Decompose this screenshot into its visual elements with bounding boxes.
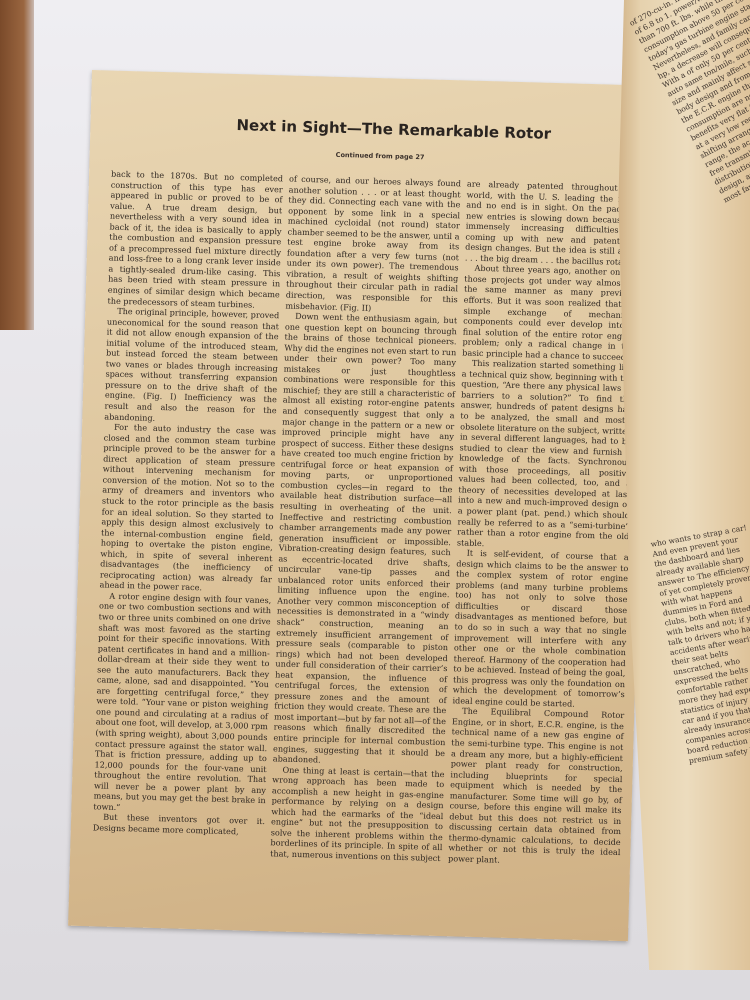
- paragraph: of course, and our heroes always found a…: [285, 174, 461, 316]
- article-column-2: of course, and our heroes always found a…: [270, 174, 461, 864]
- paragraph: are already patented throughout the worl…: [465, 179, 639, 268]
- paragraph: back to the 1870s. But no completed cons…: [107, 169, 283, 311]
- paragraph: One thing at least is certain—that the w…: [270, 764, 445, 864]
- magazine-page: Next in Sight—The Remarkable Rotor Conti…: [68, 70, 652, 941]
- paragraph: The Equilibral Compound Rotor Engine, or…: [448, 706, 624, 869]
- article-title: Next in Sight—The Remarkable Rotor: [236, 116, 551, 143]
- article-column-3: are already patented throughout the worl…: [448, 179, 639, 869]
- paragraph: But these inventors got over it. Designs…: [93, 812, 266, 838]
- paragraph: About three years ago, another one of th…: [462, 263, 637, 363]
- paragraph: This realization started something like …: [457, 358, 634, 553]
- wooden-table-edge: [0, 0, 34, 330]
- paragraph: A rotor engine design with four vanes, o…: [93, 590, 271, 816]
- continued-from-note: Continued from page 27: [336, 151, 425, 161]
- paragraph: The original principle, however, proved …: [104, 306, 279, 427]
- paragraph: For the auto industry the case was close…: [99, 422, 276, 595]
- paragraph: Down went the enthusiasm again, but one …: [273, 311, 458, 769]
- article-column-1: back to the 1870s. But no completed cons…: [93, 169, 283, 838]
- paragraph: It is self-evident, of course that a des…: [452, 548, 628, 711]
